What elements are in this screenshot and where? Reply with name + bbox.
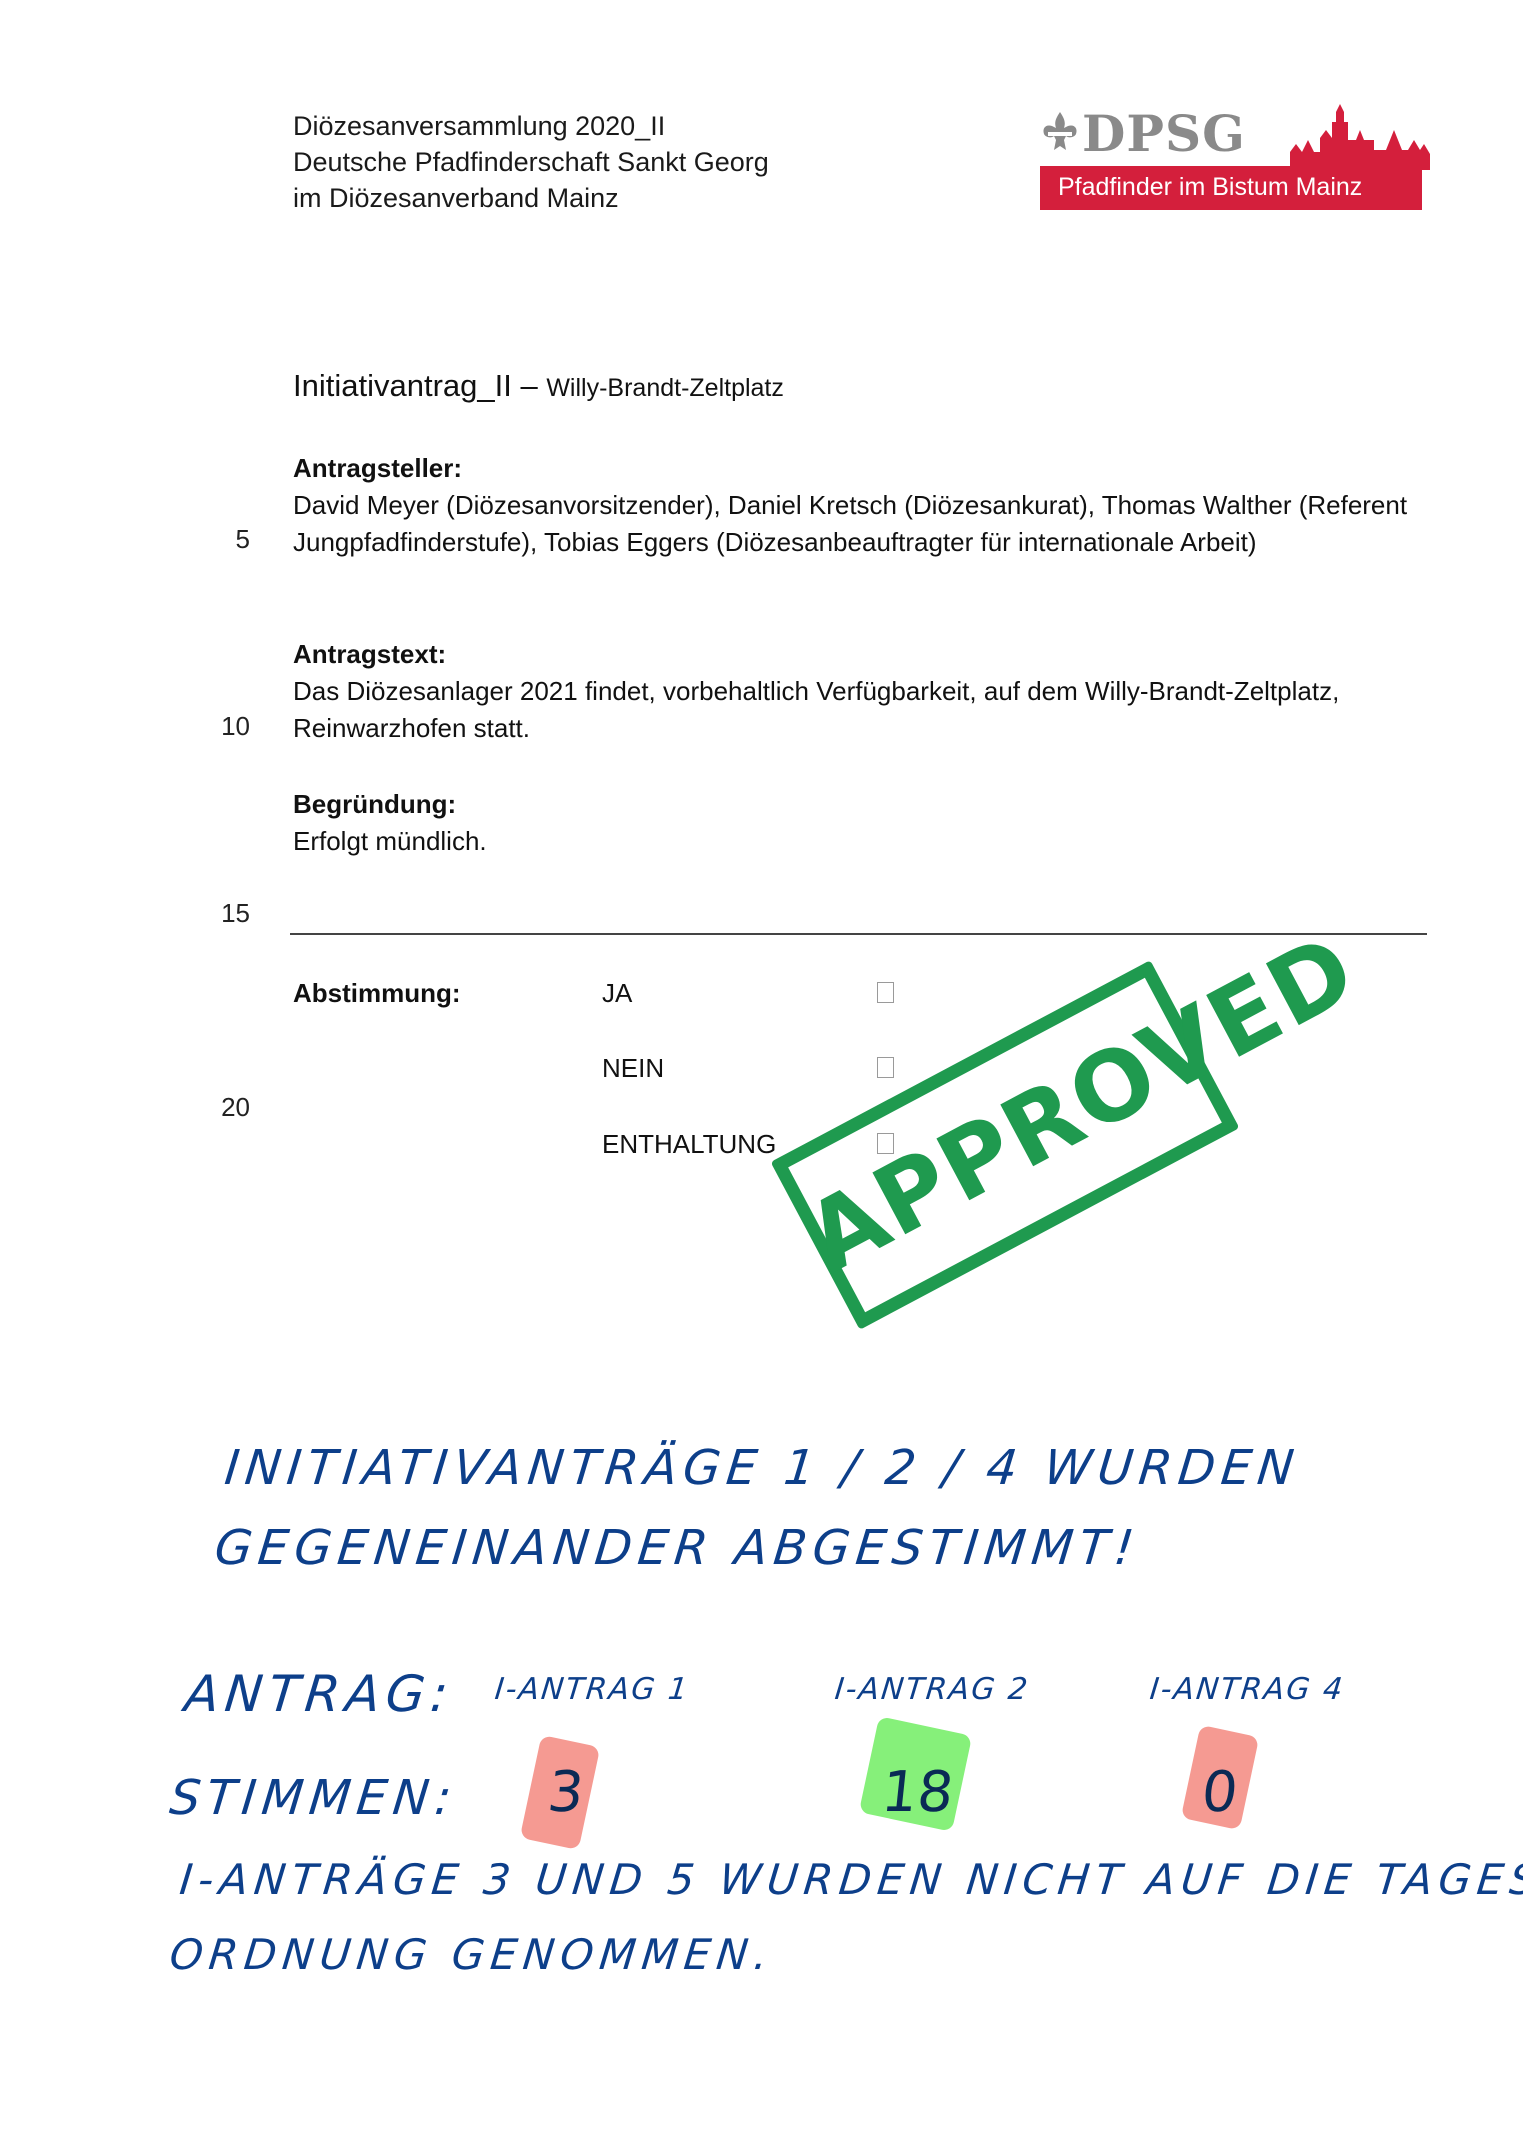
votes-count-1: 3	[545, 1760, 587, 1825]
document-title: Initiativantrag_II – Willy-Brandt-Zeltpl…	[293, 368, 784, 404]
approved-stamp: APPROVED	[771, 960, 1240, 1330]
vote-label: Abstimmung:	[293, 978, 461, 1009]
handwritten-stimmen-label: Stimmen:	[167, 1770, 460, 1826]
lily-icon	[1040, 110, 1080, 154]
logo-tagline: Pfadfinder im Bistum Mainz	[1058, 173, 1362, 202]
section-label: Antragstext:	[293, 636, 1393, 673]
line-number: 10	[200, 711, 250, 742]
title-main: Initiativantrag_II	[293, 368, 512, 403]
document-header: Diözesanversammlung 2020_II Deutsche Pfa…	[293, 108, 769, 216]
dpsg-logo: DPSG Pfadfinder im Bistum Mainz	[1040, 100, 1430, 215]
votes-count-3: 0	[1199, 1760, 1241, 1825]
divider	[290, 933, 1427, 935]
header-line-organization: Deutsche Pfadfinderschaft Sankt Georg	[293, 144, 769, 180]
candidate-name-1: I-Antrag 1	[493, 1672, 691, 1707]
header-line-diocese: im Diözesanverband Mainz	[293, 180, 769, 216]
checkbox-nein[interactable]	[877, 1057, 894, 1078]
line-number: 15	[200, 898, 250, 929]
title-separator: –	[512, 368, 546, 403]
section-motion-text: Antragstext: Das Diözesanlager 2021 find…	[293, 636, 1393, 747]
handwritten-line-2: gegeneinander abgestimmt!	[212, 1520, 1142, 1576]
logo-tagline-bar: Pfadfinder im Bistum Mainz	[1040, 166, 1422, 210]
line-number: 5	[200, 524, 250, 555]
votes-count-2: 18	[879, 1760, 957, 1825]
section-text: Erfolgt mündlich.	[293, 823, 1423, 860]
section-label: Antragsteller:	[293, 450, 1423, 487]
candidate-name-2: I-Antrag 2	[833, 1672, 1031, 1707]
title-subtitle: Willy-Brandt-Zeltplatz	[546, 374, 784, 402]
handwritten-line-1: Initiativanträge 1 / 2 / 4 wurden	[222, 1440, 1302, 1496]
section-label: Begründung:	[293, 786, 1423, 823]
skyline-icon	[1290, 100, 1430, 170]
line-number: 20	[200, 1092, 250, 1123]
candidate-name-3: I-Antrag 4	[1148, 1672, 1346, 1707]
vote-option-nein: NEIN	[602, 1053, 664, 1084]
section-applicants: Antragsteller: David Meyer (Diözesanvors…	[293, 450, 1423, 561]
logo-wordmark: DPSG	[1082, 104, 1246, 163]
handwritten-line-4: ordnung genommen.	[167, 1930, 776, 1979]
checkbox-ja[interactable]	[877, 982, 894, 1003]
vote-option-enthaltung: ENTHALTUNG	[602, 1129, 776, 1160]
vote-option-ja: JA	[602, 978, 632, 1009]
handwritten-line-3: I-Anträge 3 und 5 wurden nicht auf die T…	[177, 1855, 1523, 1904]
header-line-assembly: Diözesanversammlung 2020_II	[293, 108, 769, 144]
section-text: Das Diözesanlager 2021 findet, vorbehalt…	[293, 673, 1393, 747]
section-justification: Begründung: Erfolgt mündlich.	[293, 786, 1423, 860]
section-text: David Meyer (Diözesanvorsitzender), Dani…	[293, 487, 1423, 561]
handwritten-antrag-label: Antrag:	[182, 1665, 457, 1723]
